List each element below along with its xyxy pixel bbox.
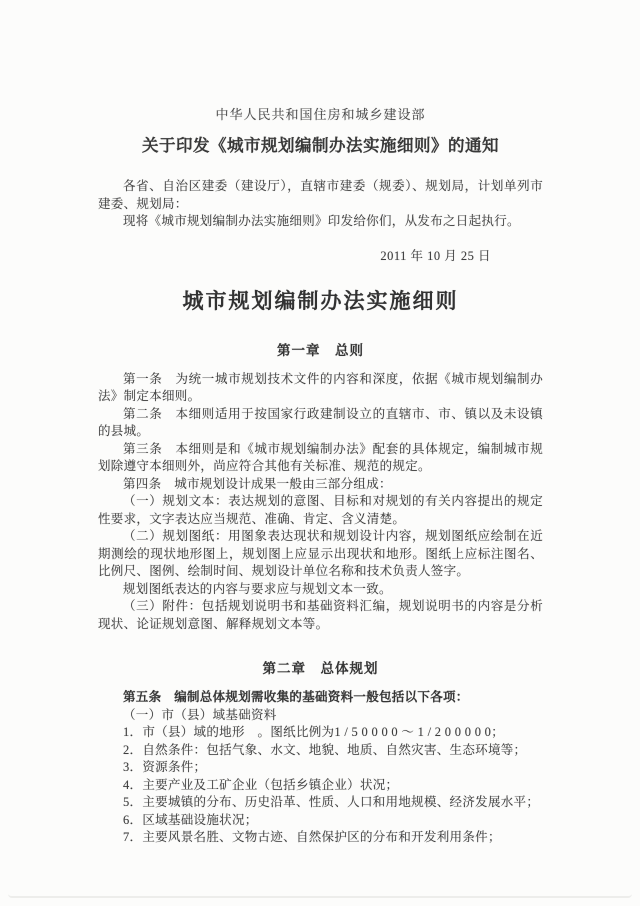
article-paragraph: （一）规划文本：表达规划的意图、目标和对规划的有关内容提出的规定性要求，文字表达… xyxy=(98,493,543,528)
chapter-2-heading: 第二章 总体规划 xyxy=(98,657,543,677)
chapter-1-body: 第一条 为统一城市规划技术文件的内容和深度，依据《城市规划编制办法》制定本细则。… xyxy=(98,371,543,634)
notice-body-paragraph: 现将《城市规划编制办法实施细则》印发给你们，从发布之日起执行。 xyxy=(98,213,543,231)
document-page: 中华人民共和国住房和城乡建设部 关于印发《城市规划编制办法实施细则》的通知 各省… xyxy=(0,0,640,906)
chapter-1-heading: 第一章 总则 xyxy=(98,339,543,359)
issue-date: 2011 年 10 月 25 日 xyxy=(98,246,543,264)
list-item: 4．主要产业及工矿企业（包括乡镇企业）状况； xyxy=(98,777,543,795)
article-paragraph: 第二条 本细则适用于按国家行政建制设立的直辖市、市、镇以及未设镇的县城。 xyxy=(98,406,543,441)
article-paragraph: 第三条 本细则是和《城市规划编制办法》配套的具体规定，编制城市规划除遵守本细则外… xyxy=(98,441,543,476)
list-item: 7．主要风景名胜、文物古迹、自然保护区的分布和开发利用条件； xyxy=(98,829,543,847)
list-item: 1．市（县）域的地形 。图纸比例为1 / 5 0 0 0 0 ～ 1 / 2 0… xyxy=(98,724,543,742)
issuing-department: 中华人民共和国住房和城乡建设部 xyxy=(98,104,543,123)
article-paragraph: （二）规划图纸：用图象表达现状和规划设计内容，规划图纸应绘制在近期测绘的现状地形… xyxy=(98,528,543,581)
list-item: 2．自然条件：包括气象、水文、地貌、地质、自然灾害、生态环境等； xyxy=(98,742,543,760)
list-item: 5．主要城镇的分布、历史沿革、性质、人口和用地规模、经济发展水平； xyxy=(98,794,543,812)
list-item: 3．资源条件； xyxy=(98,759,543,777)
article-paragraph: 规划图纸表达的内容与要求应与规划文本一致。 xyxy=(98,581,543,599)
salutation-paragraph: 各省、自治区建委（建设厅），直辖市建委（规委）、规划局，计划单列市建委、规划局： xyxy=(98,178,543,213)
article-paragraph: （三）附件：包括规划说明书和基础资料汇编，规划说明书的内容是分析现状、论证规划意… xyxy=(98,598,543,633)
notice-title: 关于印发《城市规划编制办法实施细则》的通知 xyxy=(98,132,543,156)
notice-intro: 各省、自治区建委（建设厅），直辖市建委（规委）、规划局，计划单列市建委、规划局：… xyxy=(98,178,543,231)
article-paragraph: 第一条 为统一城市规划技术文件的内容和深度，依据《城市规划编制办法》制定本细则。 xyxy=(98,371,543,406)
document-title: 城市规划编制办法实施细则 xyxy=(98,285,543,315)
page-edge-shadow xyxy=(8,884,632,898)
list-item: （一）市（县）域基础资料 xyxy=(98,707,543,725)
list-item: 6．区域基础设施状况； xyxy=(98,812,543,830)
article-5-heading: 第五条 编制总体规划需收集的基础资料一般包括以下各项： xyxy=(98,689,543,707)
chapter-2-body: 第五条 编制总体规划需收集的基础资料一般包括以下各项： （一）市（县）域基础资料… xyxy=(98,689,543,847)
article-paragraph: 第四条 城市规划设计成果一般由三部分组成： xyxy=(98,476,543,494)
